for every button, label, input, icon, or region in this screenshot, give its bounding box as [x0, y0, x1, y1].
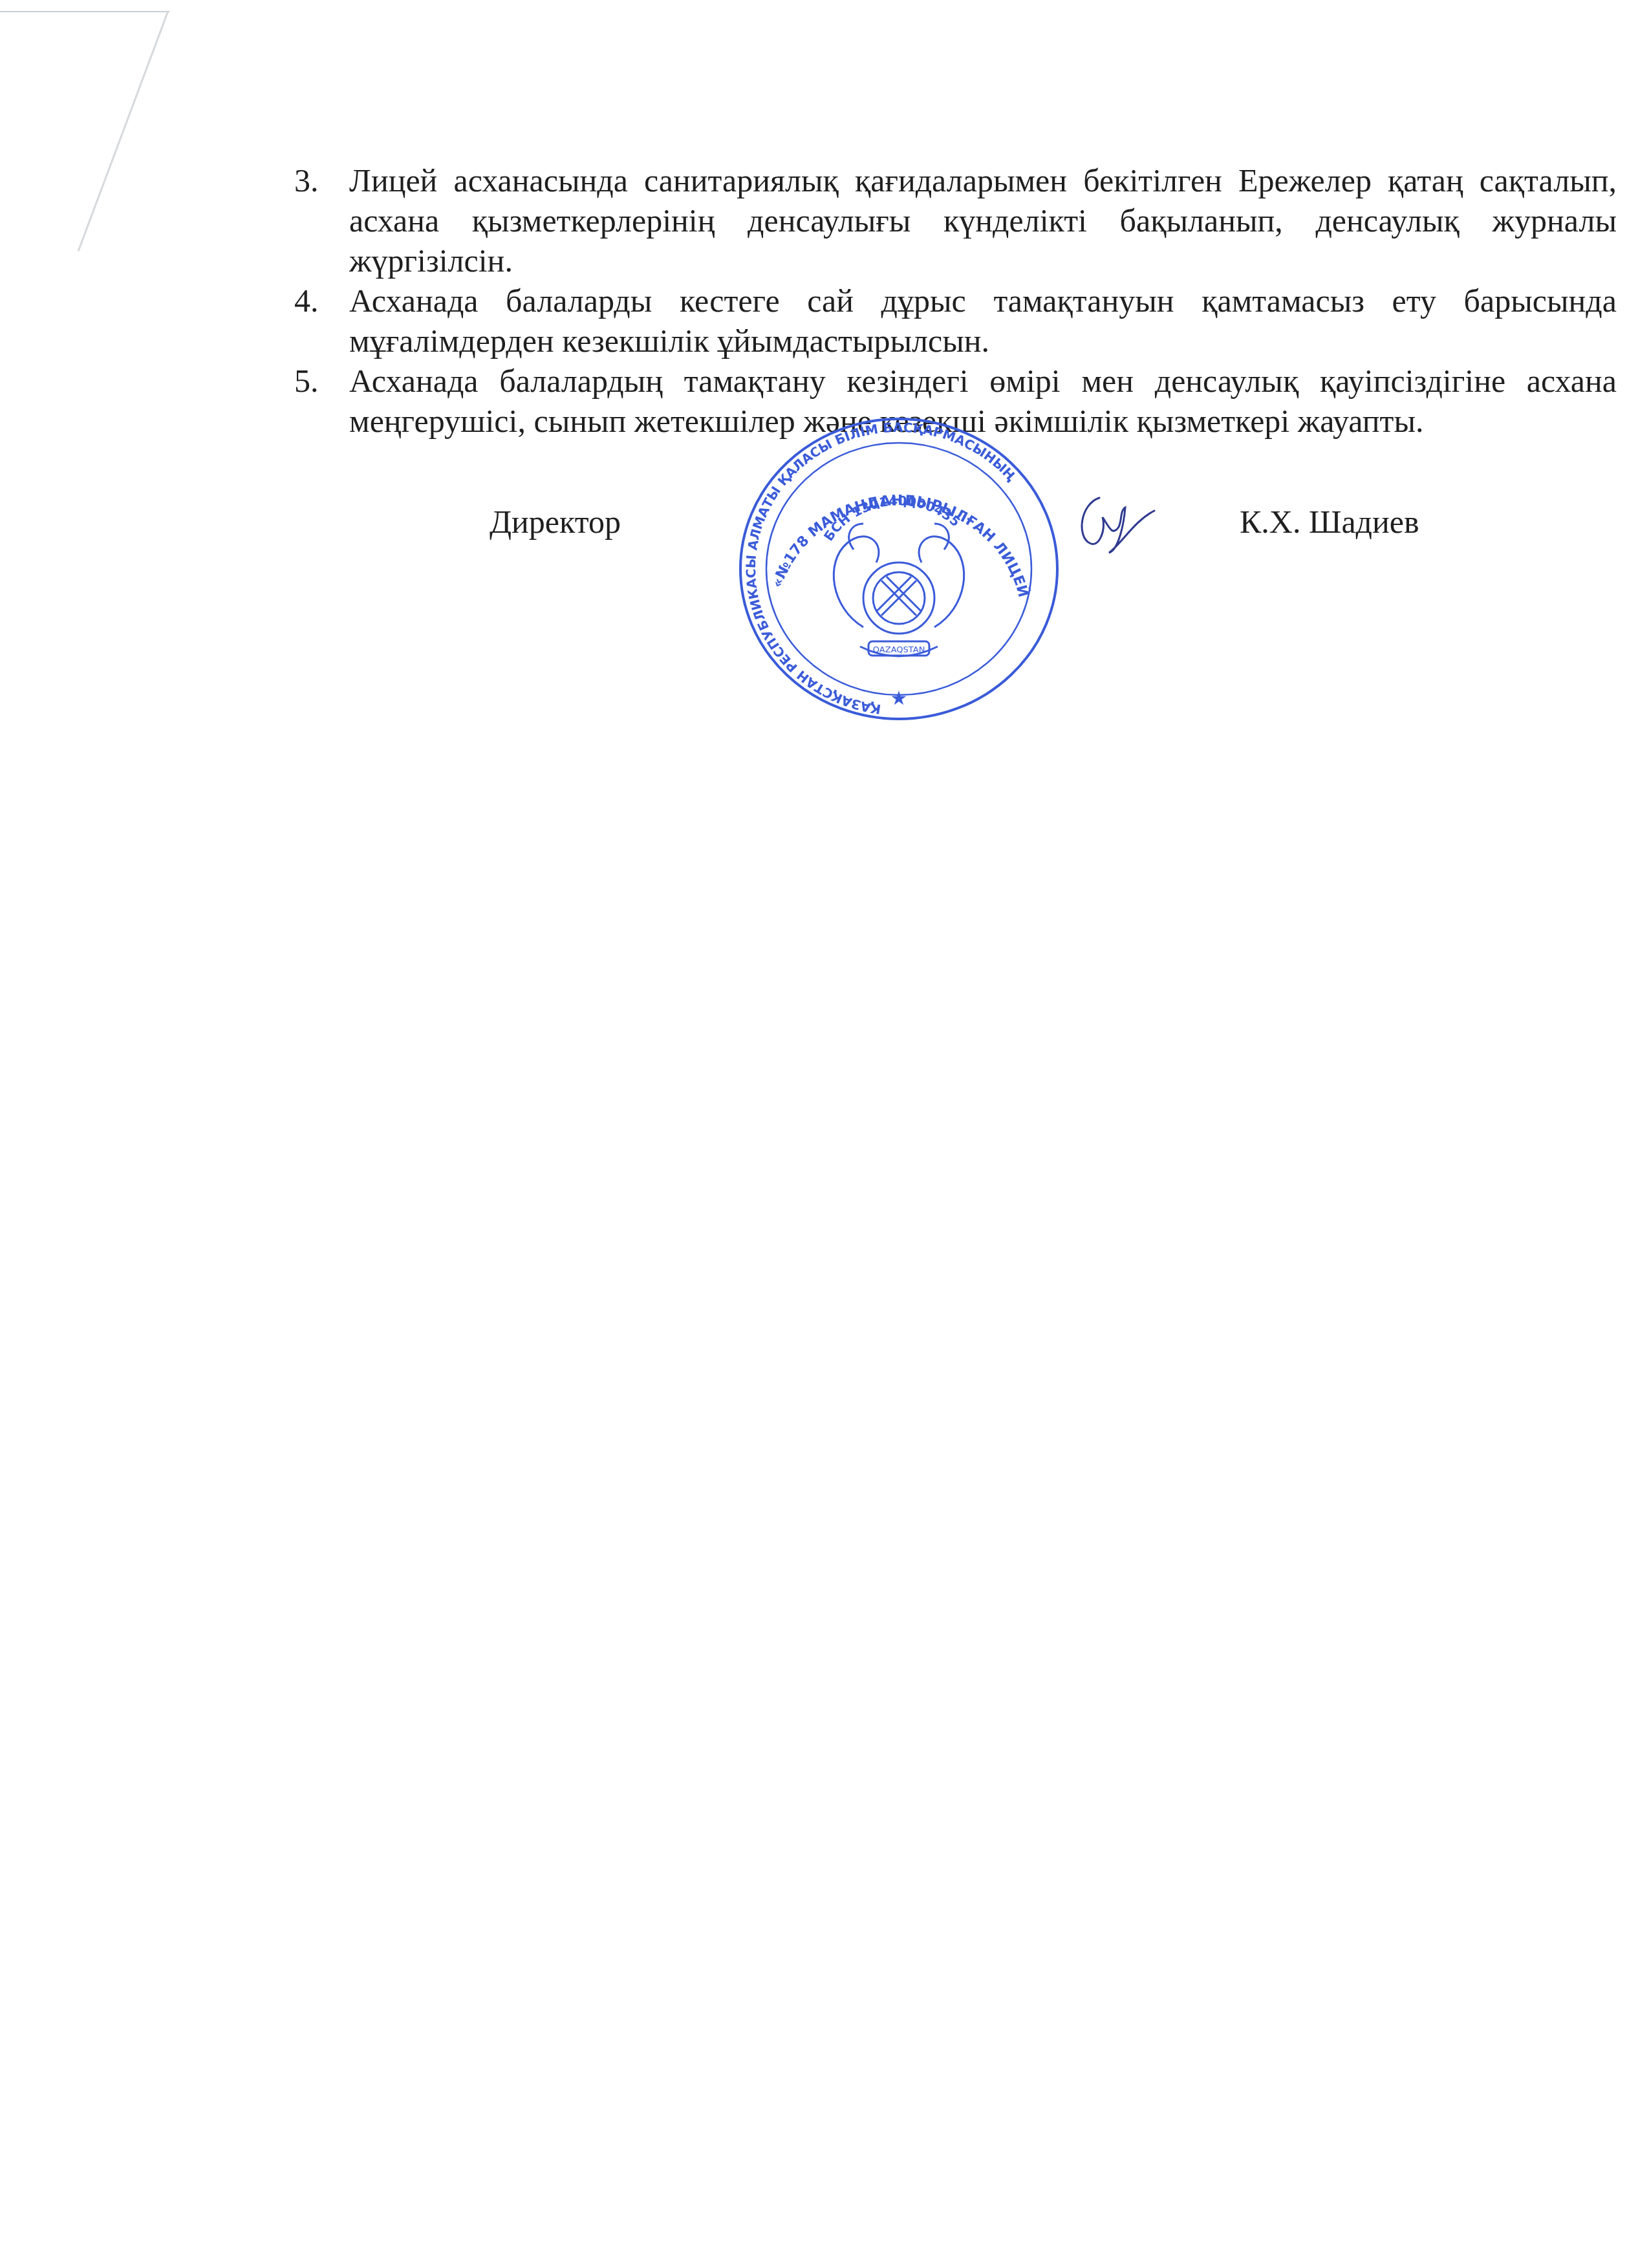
item-number: 5. [294, 361, 319, 401]
document-body: 3. Лицей асханасында санитариялық қағида… [294, 160, 1617, 441]
list-item: 3. Лицей асханасында санитариялық қағида… [294, 160, 1617, 281]
item-number: 4. [294, 281, 319, 321]
svg-text:★: ★ [890, 688, 908, 709]
official-stamp: ҚАЗАҚСТАН РЕСПУБЛИКАСЫ АЛМАТЫ ҚАЛАСЫ БІЛ… [734, 414, 1064, 724]
signatory-role: Директор [490, 503, 621, 540]
signatory-name: К.Х. Шадиев [1240, 503, 1419, 540]
signature-block: Директор К.Х. Шадиев [294, 503, 1617, 548]
list-item: 4. Асханада балаларды кестеге сай дұрыс … [294, 281, 1617, 361]
scan-edge-line [78, 12, 169, 251]
item-text: Асханада балаларды кестеге сай дұрыс там… [349, 283, 1617, 359]
scan-edge [0, 11, 169, 12]
numbered-list: 3. Лицей асханасында санитариялық қағида… [294, 160, 1617, 441]
item-text: Лицей асханасында санитариялық қағидалар… [349, 162, 1617, 279]
svg-text:QAZAQSTAN: QAZAQSTAN [873, 645, 925, 655]
item-number: 3. [294, 160, 319, 200]
